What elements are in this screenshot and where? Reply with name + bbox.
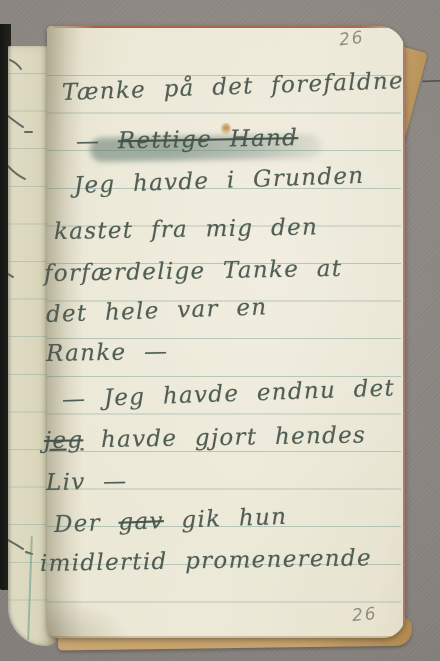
handwriting-text: havde gjort hendes [83,422,366,453]
handwriting-line: Der gav gik hun [54,504,288,538]
page-number-top: 26 [338,28,366,51]
handwriting-line: Liv — [46,469,128,496]
handwriting-line: Ranke — [46,339,169,367]
handwriting-line: — Rettige Hand [76,125,299,155]
handwriting-line: imidlertid promenerende [40,545,372,577]
handwriting-line: Jeg havde i Grunden [74,163,365,199]
handwriting-line: kastet fra mig den [54,214,319,245]
page-content-layer: 26 Tænke på det forefaldne — — Rettige H… [0,0,440,661]
handwriting-text: — [76,128,118,155]
handwriting-line: forfærdelige Tanke at [44,256,343,287]
handwriting-text: Tænke på det forefaldne — [62,67,440,106]
handwriting-text: gik hun [163,504,287,534]
handwriting-text: — Jeg havde endnu det [62,375,396,413]
handwriting-text: Liv — [46,469,128,496]
handwriting-text: det hele var en [46,294,268,328]
scanned-notebook-photo: 26 Tænke på det forefaldne — — Rettige H… [0,0,440,661]
handwriting-line: det hele var en [46,294,268,328]
handwriting-struck-text: jeg [44,427,84,454]
handwriting-text: forfærdelige Tanke at [44,256,343,287]
handwriting-line: jeg havde gjort hendes [44,422,367,454]
handwriting-struck-text: Rettige Hand [118,125,299,154]
page-number-bottom: 26 [351,604,378,626]
handwriting-line: Tænke på det forefaldne — [62,67,440,106]
handwriting-line: — Jeg havde endnu det [62,375,396,413]
handwriting-text: imidlertid promenerende [40,545,372,577]
handwriting-text: Jeg havde i Grunden [74,163,365,199]
handwriting-text: Der [54,510,119,538]
handwriting-text: kastet fra mig den [54,214,319,245]
handwriting-text: Ranke — [46,339,169,367]
handwriting-struck-text: gav [118,508,164,536]
